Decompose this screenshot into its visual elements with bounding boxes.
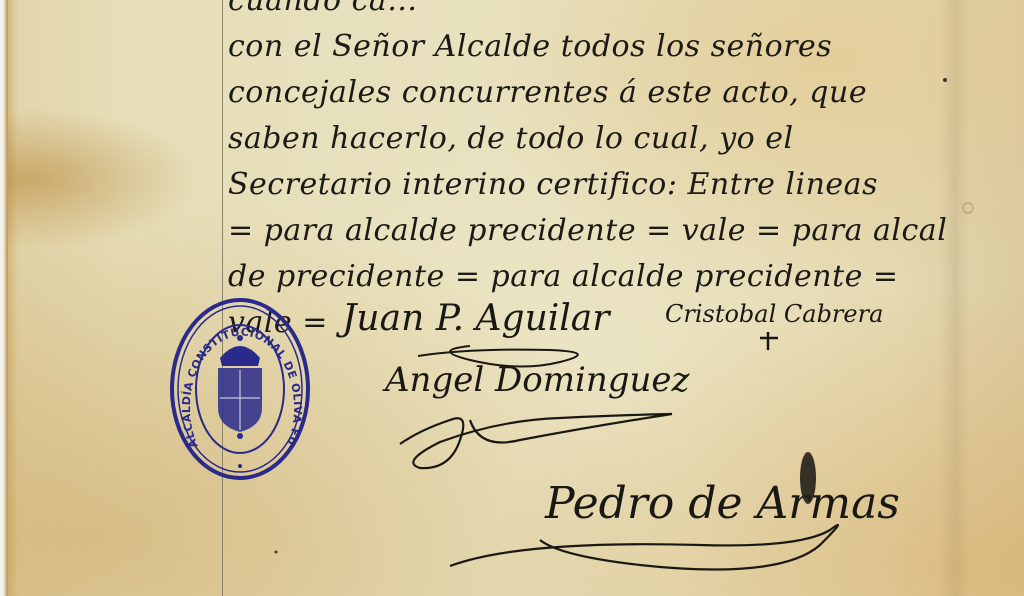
rubric-scribble (400, 414, 672, 468)
ink-blot (800, 452, 816, 504)
cross-mark-icon (760, 332, 778, 350)
signatures-area: Juan P. Aguilar Cristobal Cabrera Angel … (0, 0, 1024, 596)
paper-page: cuando ca... con el Señor Alcalde todos … (0, 0, 1024, 596)
pedro-underline-flourish (450, 525, 838, 570)
pen-flourishes (0, 0, 1024, 596)
